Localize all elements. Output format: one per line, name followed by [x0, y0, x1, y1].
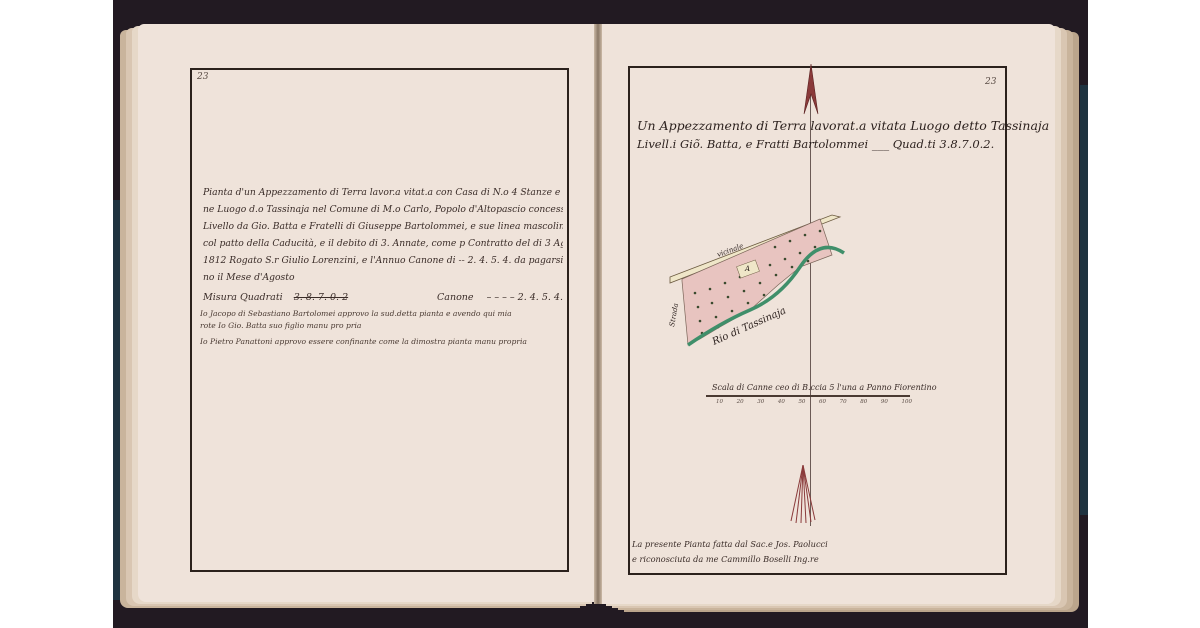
note-line: Io Pietro Panattoni approvo essere confi…	[200, 336, 565, 348]
book-gutter	[594, 24, 602, 604]
description-line: no il Mese d'Agosto	[203, 269, 563, 286]
note-line: rote Io Gio. Batta suo figlio manu pro p…	[200, 320, 565, 332]
scale-tick: 90	[881, 399, 888, 405]
scale-tick: 10	[716, 399, 723, 405]
measure-label: Misura Quadrati	[203, 292, 283, 303]
scale-tick: 80	[860, 399, 867, 405]
measure-group: Misura Quadrati 3. 8. 7. 0. 2	[203, 292, 348, 303]
svg-text:A: A	[744, 265, 750, 273]
description-line: Pianta d'un Appezzamento di Terra lavor.…	[203, 184, 563, 201]
north-arrow-icon	[800, 64, 822, 119]
right-folio-number: 23	[985, 77, 996, 87]
canone-value: 2. 4. 5. 4.	[518, 292, 563, 303]
scale-tick: 30	[757, 399, 764, 405]
scale-bar	[706, 395, 910, 397]
left-page-description: Pianta d'un Appezzamento di Terra lavor.…	[203, 184, 563, 286]
parcel-map: A vicinale Strada Rio di Tassinaja	[660, 205, 860, 350]
scale-ticks: 10 20 30 40 50 60 70 80 90 100	[716, 399, 912, 405]
plan-title: Un Appezzamento di Terra lavorat.a vitat…	[637, 117, 997, 153]
signature-line: e riconosciuta da me Cammillo Boselli In…	[632, 552, 828, 567]
description-line: Livello da Gio. Batta e Fratelli di Gius…	[203, 218, 563, 235]
description-line: ne Luogo d.o Tassinaja nel Comune di M.o…	[203, 201, 563, 218]
scale-tick: 20	[737, 399, 744, 405]
description-line: 1812 Rogato S.r Giulio Lorenzini, e l'An…	[203, 252, 563, 269]
measure-value-struck: 3. 8. 7. 0. 2	[294, 292, 348, 303]
canone-group: Canone – – – – 2. 4. 5. 4.	[437, 292, 563, 303]
scale-tick: 50	[798, 399, 805, 405]
canone-label: Canone	[437, 292, 474, 303]
svg-text:Strada: Strada	[668, 303, 680, 328]
scale-tick: 100	[901, 399, 912, 405]
scale-title: Scala di Canne ceo di B.ccia 5 l'una a P…	[712, 383, 937, 392]
title-line: Livell.i Giõ. Batta, e Fratti Bartolomme…	[637, 135, 997, 153]
approval-notes: Io Jacopo di Sebastiano Bartolomei appro…	[200, 308, 565, 348]
note-line: Io Jacopo di Sebastiano Bartolomei appro…	[200, 308, 565, 320]
book-cover-edge-right	[1080, 85, 1088, 515]
scale-tick: 40	[778, 399, 785, 405]
scale-tick: 70	[840, 399, 847, 405]
surveyor-signature: La presente Pianta fatta dal Sac.e Jos. …	[632, 537, 828, 567]
left-folio-number: 23	[197, 72, 208, 82]
description-line: col patto della Caducità, e il debito di…	[203, 235, 563, 252]
south-arrow-feather-icon	[788, 465, 818, 525]
book-cover-edge-left	[113, 200, 121, 600]
title-line: Un Appezzamento di Terra lavorat.a vitat…	[637, 117, 997, 135]
measure-row: Misura Quadrati 3. 8. 7. 0. 2 Canone – –…	[203, 292, 563, 303]
scale-tick: 60	[819, 399, 826, 405]
signature-line: La presente Pianta fatta dal Sac.e Jos. …	[632, 537, 828, 552]
